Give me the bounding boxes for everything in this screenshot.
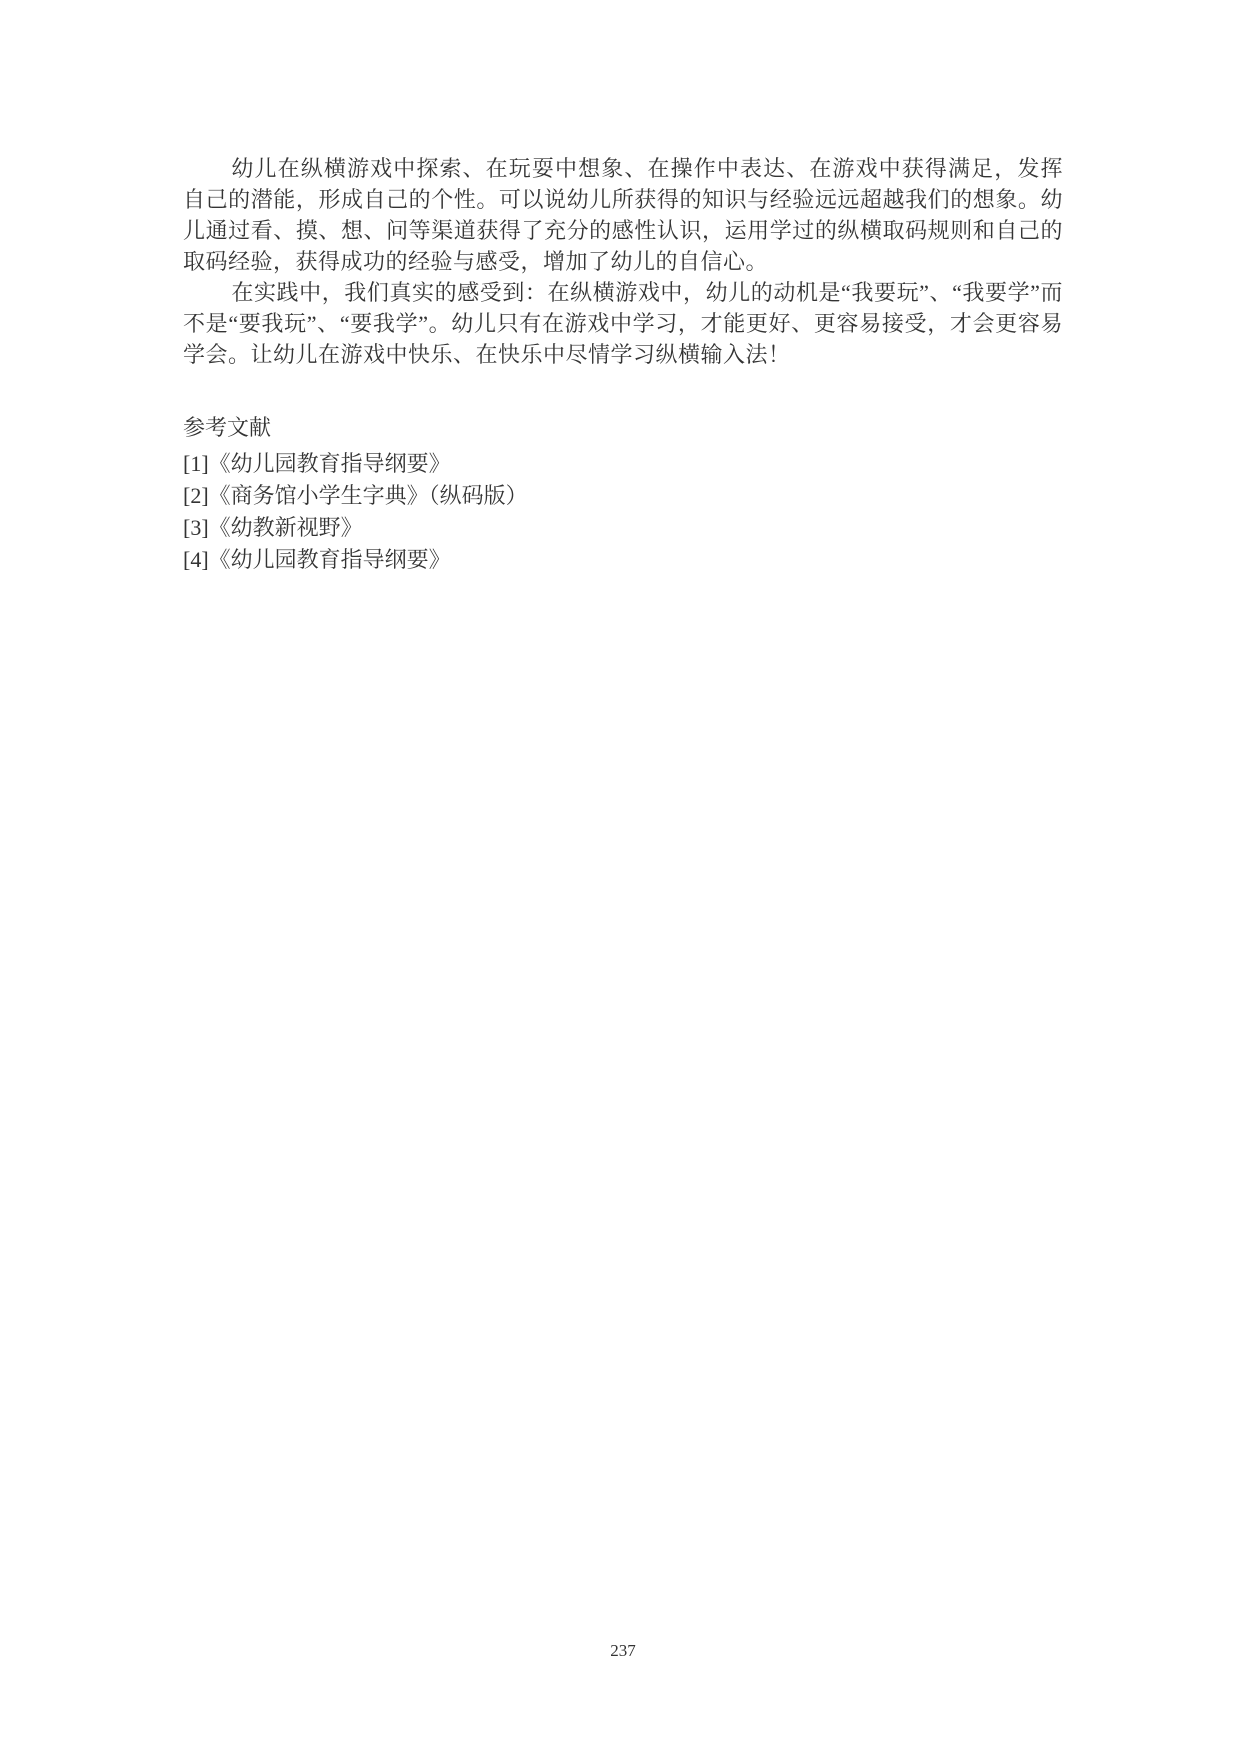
references-section: 参考文献 [1]《幼儿园教育指导纲要》 [2]《商务馆小学生字典》（纵码版） […: [183, 412, 1063, 576]
text-block: 幼儿在纵横游戏中探索、在玩耍中想象、在操作中表达、在游戏中获得满足，发挥自己的潜…: [183, 153, 1063, 576]
reference-item-1: [1]《幼儿园教育指导纲要》: [183, 448, 1063, 480]
reference-item-3: [3]《幼教新视野》: [183, 512, 1063, 544]
paragraph-2: 在实践中，我们真实的感受到：在纵横游戏中，幼儿的动机是“我要玩”、“我要学”而不…: [183, 277, 1063, 370]
references-heading: 参考文献: [183, 412, 1063, 444]
document-page: 幼儿在纵横游戏中探索、在玩耍中想象、在操作中表达、在游戏中获得满足，发挥自己的潜…: [0, 0, 1246, 1763]
page-number: 237: [0, 1641, 1246, 1661]
reference-item-2: [2]《商务馆小学生字典》（纵码版）: [183, 480, 1063, 512]
reference-item-4: [4]《幼儿园教育指导纲要》: [183, 544, 1063, 576]
paragraph-1: 幼儿在纵横游戏中探索、在玩耍中想象、在操作中表达、在游戏中获得满足，发挥自己的潜…: [183, 153, 1063, 277]
